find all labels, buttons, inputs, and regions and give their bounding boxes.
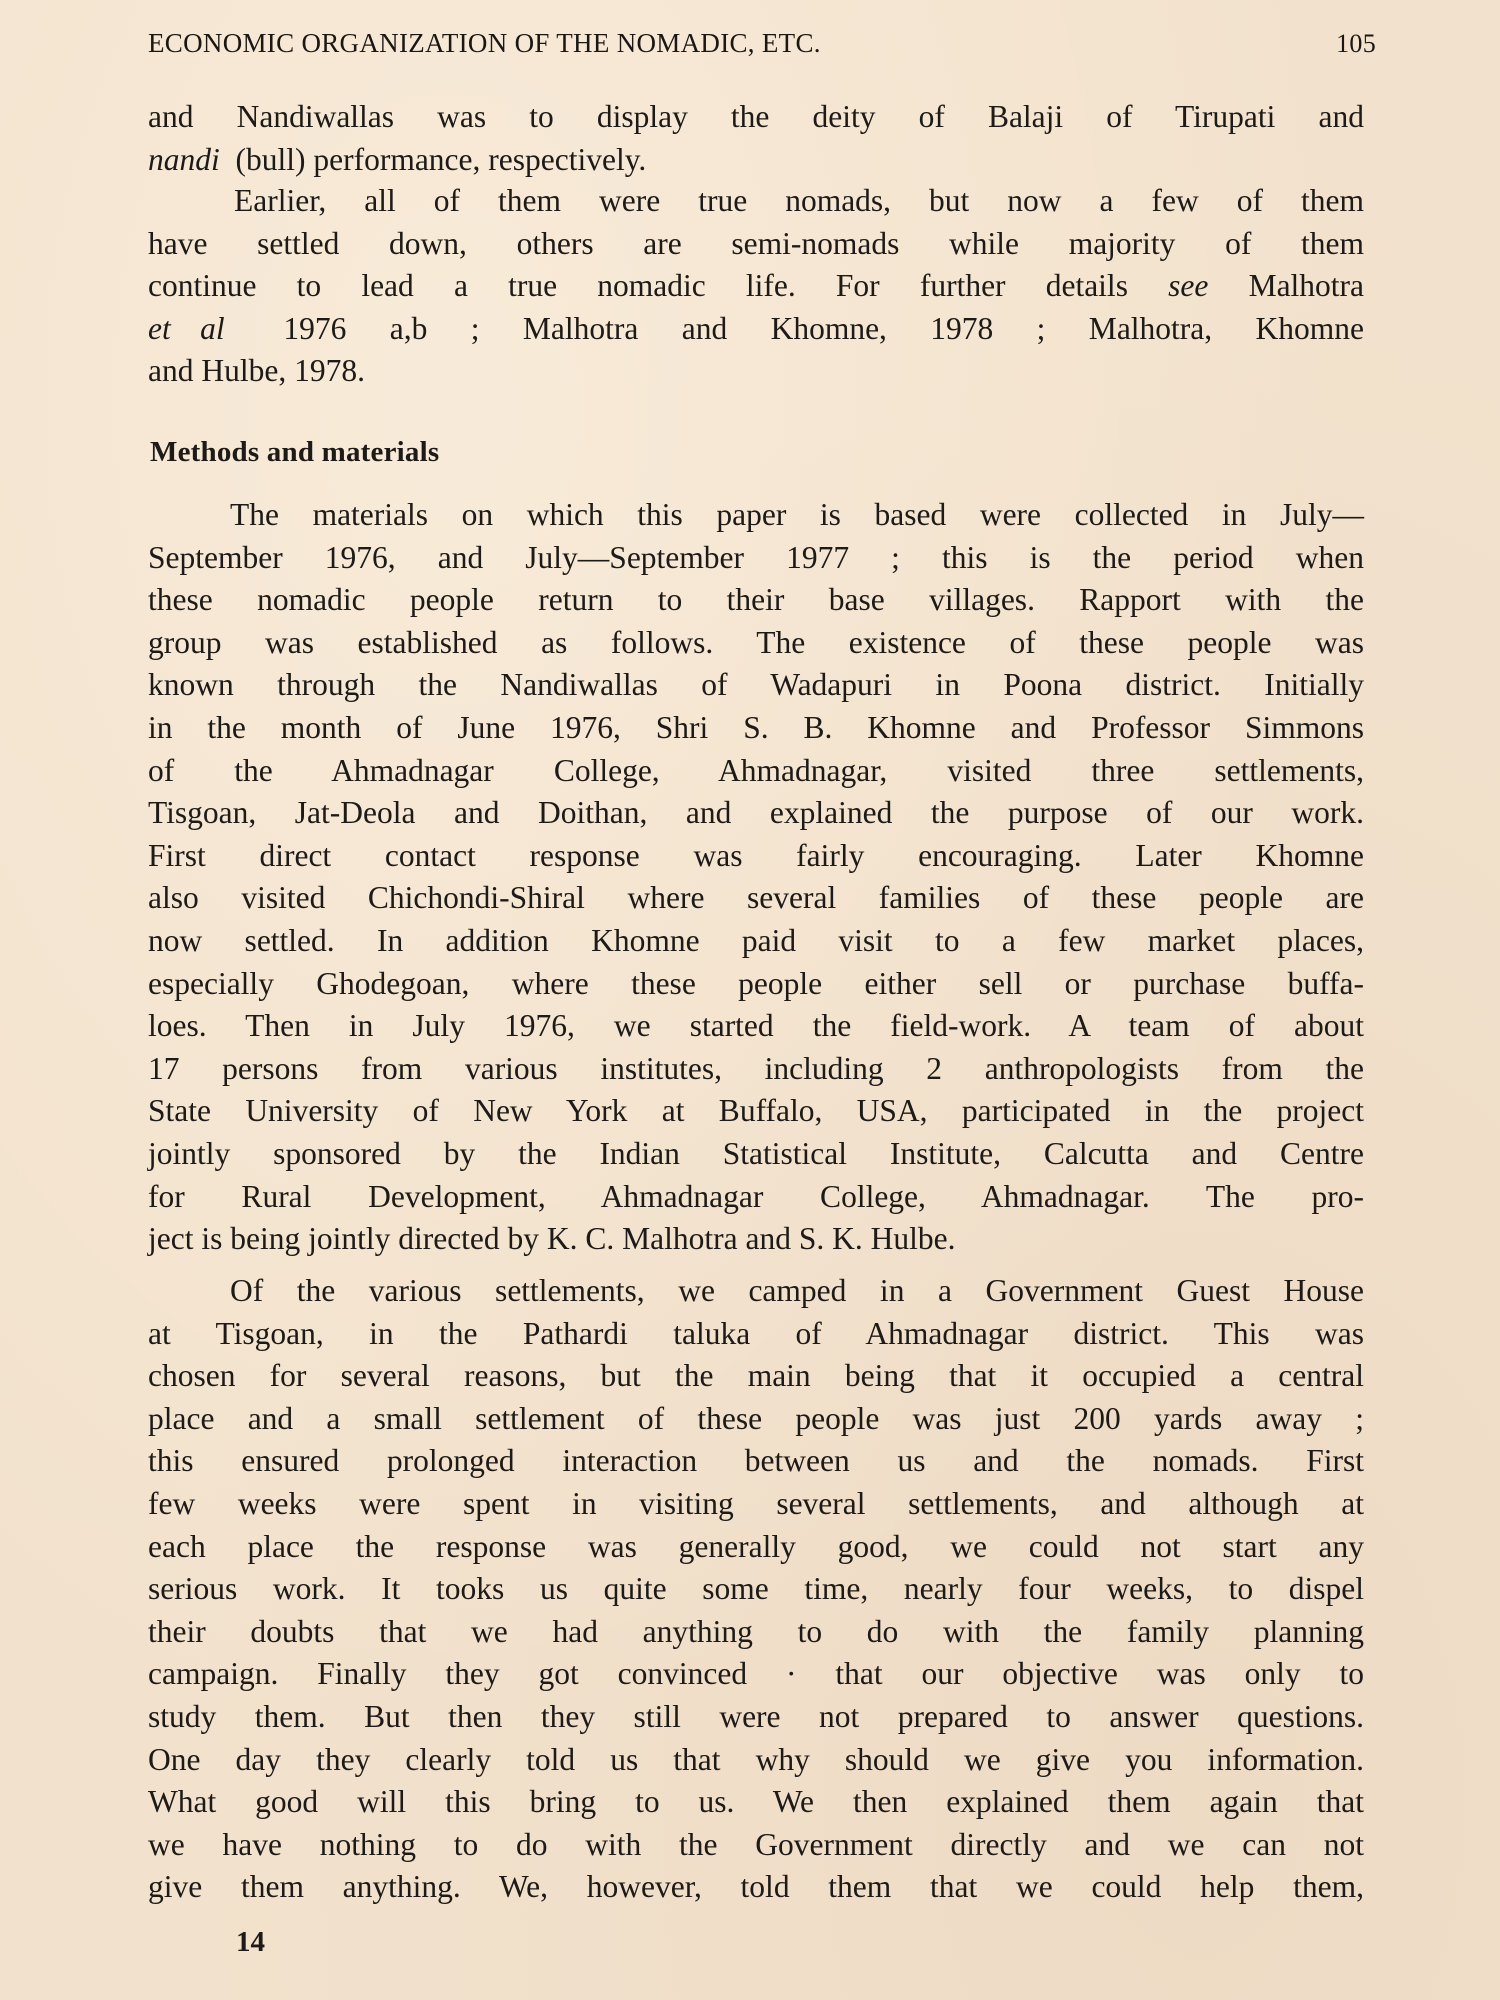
text-line: group was established as follows. The ex… bbox=[148, 622, 1364, 665]
signature-number: 14 bbox=[236, 1926, 265, 1959]
page-folio: 105 bbox=[1336, 29, 1376, 59]
text-line: One day they clearly told us that why sh… bbox=[148, 1739, 1364, 1782]
text-line: 17 persons from various institutes, incl… bbox=[148, 1048, 1364, 1091]
running-head-title: ECONOMIC ORGANIZATION OF THE NOMADIC, ET… bbox=[148, 28, 821, 59]
text-line: Earlier, all of them were true nomads, b… bbox=[148, 180, 1364, 223]
text-line: First direct contact response was fairly… bbox=[148, 835, 1364, 878]
text-line: The materials on which this paper is bas… bbox=[148, 494, 1364, 537]
section-heading: Methods and materials bbox=[150, 436, 439, 469]
text-line: place and a small settlement of these pe… bbox=[148, 1398, 1364, 1441]
text-line: chosen for several reasons, but the main… bbox=[148, 1355, 1364, 1398]
paragraph-continuation: and Nandiwallas was to display the deity… bbox=[148, 96, 1364, 181]
text-line: few weeks were spent in visiting several… bbox=[148, 1483, 1364, 1526]
text-line: these nomadic people return to their bas… bbox=[148, 579, 1364, 622]
text-line: known through the Nandiwallas of Wadapur… bbox=[148, 664, 1364, 707]
text-line: jointly sponsored by the Indian Statisti… bbox=[148, 1133, 1364, 1176]
italic-et-al: et al bbox=[148, 311, 225, 346]
text-line: we have nothing to do with the Governmen… bbox=[148, 1824, 1364, 1867]
text-line: at Tisgoan, in the Pathardi taluka of Ah… bbox=[148, 1313, 1364, 1356]
text-line: for Rural Development, Ahmadnagar Colleg… bbox=[148, 1176, 1364, 1219]
text-line: nandi (bull) performance, respectively. bbox=[148, 139, 1364, 182]
text-line: and Nandiwallas was to display the deity… bbox=[148, 96, 1364, 139]
text-line: this ensured prolonged interaction betwe… bbox=[148, 1440, 1364, 1483]
text-line: continue to lead a true nomadic life. Fo… bbox=[148, 265, 1364, 308]
text-line: State University of New York at Buffalo,… bbox=[148, 1090, 1364, 1133]
text-line: in the month of June 1976, Shri S. B. Kh… bbox=[148, 707, 1364, 750]
italic-term: nandi bbox=[148, 142, 220, 177]
running-head: ECONOMIC ORGANIZATION OF THE NOMADIC, ET… bbox=[148, 28, 1376, 68]
text-line: loes. Then in July 1976, we started the … bbox=[148, 1005, 1364, 1048]
text-line: their doubts that we had anything to do … bbox=[148, 1611, 1364, 1654]
text-line: campaign. Finally they got convinced · t… bbox=[148, 1653, 1364, 1696]
text-line: of the Ahmadnagar College, Ahmadnagar, v… bbox=[148, 750, 1364, 793]
text-line: et al 1976 a,b ; Malhotra and Khomne, 19… bbox=[148, 308, 1364, 351]
text-line: also visited Chichondi-Shiral where seve… bbox=[148, 877, 1364, 920]
text-line: give them anything. We, however, told th… bbox=[148, 1866, 1364, 1909]
paragraph-earlier: Earlier, all of them were true nomads, b… bbox=[148, 180, 1364, 393]
paragraph-settlements: Of the various settlements, we camped in… bbox=[148, 1270, 1364, 1909]
text-line: have settled down, others are semi-nomad… bbox=[148, 223, 1364, 266]
text-line: Of the various settlements, we camped in… bbox=[148, 1270, 1364, 1313]
italic-see: see bbox=[1168, 268, 1208, 303]
text-line: and Hulbe, 1978. bbox=[148, 350, 1364, 393]
text-line: now settled. In addition Khomne paid vis… bbox=[148, 920, 1364, 963]
text-line: serious work. It tooks us quite some tim… bbox=[148, 1568, 1364, 1611]
text-line: ject is being jointly directed by K. C. … bbox=[148, 1218, 1364, 1261]
paragraph-methods: The materials on which this paper is bas… bbox=[148, 494, 1364, 1261]
text-line: September 1976, and July—September 1977 … bbox=[148, 537, 1364, 580]
text-line: Tisgoan, Jat-Deola and Doithan, and expl… bbox=[148, 792, 1364, 835]
text-line: What good will this bring to us. We then… bbox=[148, 1781, 1364, 1824]
text-line: especially Ghodegoan, where these people… bbox=[148, 963, 1364, 1006]
text-line: each place the response was generally go… bbox=[148, 1526, 1364, 1569]
text-line: study them. But then they still were not… bbox=[148, 1696, 1364, 1739]
